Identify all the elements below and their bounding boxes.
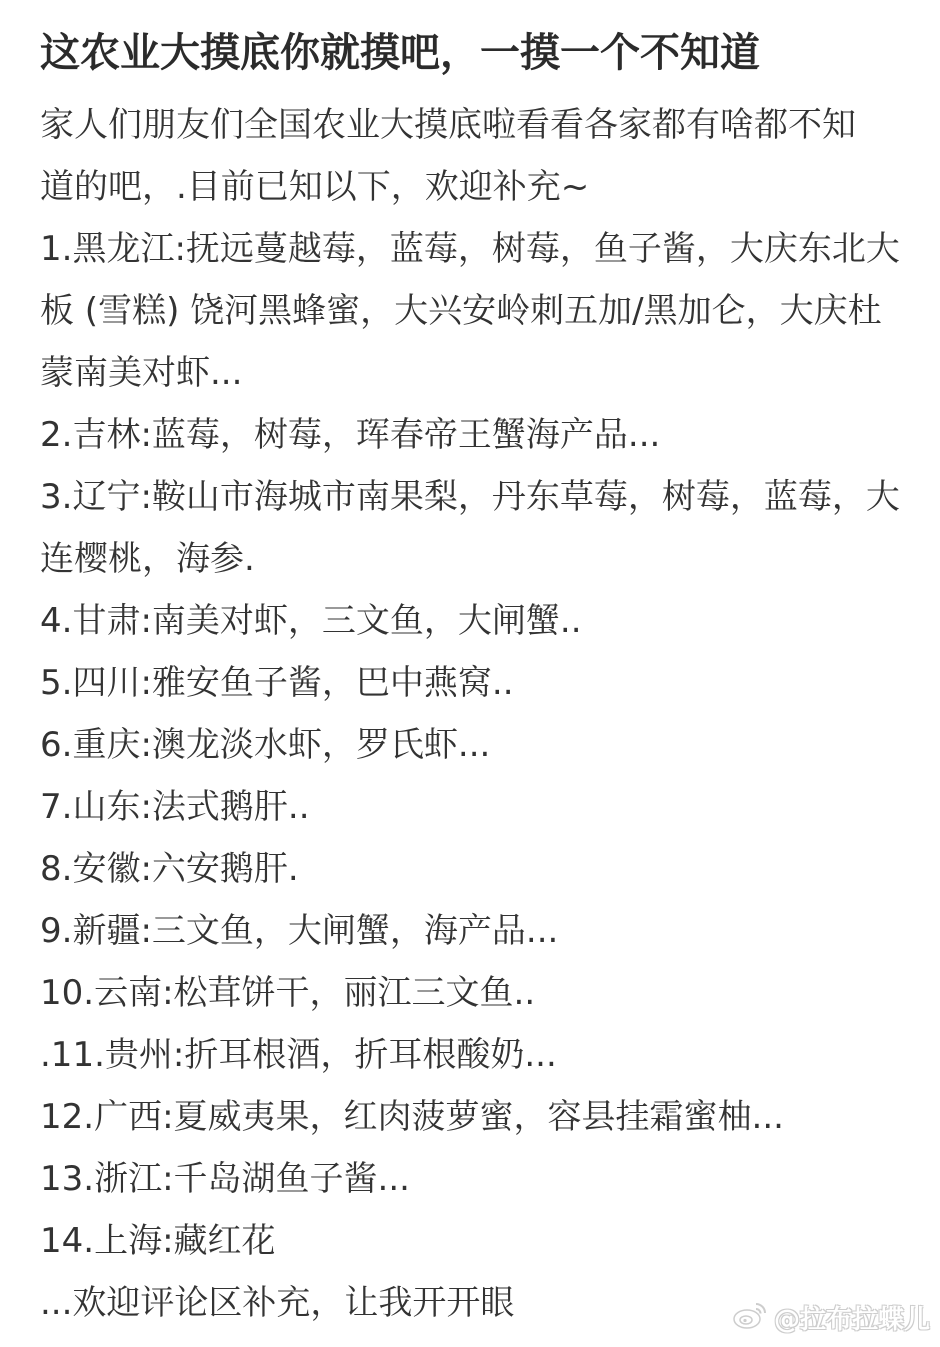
list-item-shandong: 7.山东:法式鹅肝.. (40, 776, 900, 838)
post-body: 家人们朋友们全国农业大摸底啦看看各家都有啥都不知道的吧，.目前已知以下，欢迎补充… (40, 94, 920, 1334)
list-item-chongqing: 6.重庆:澳龙淡水虾，罗氏虾... (40, 714, 900, 776)
list-item-shanghai: 14.上海:藏红花 (40, 1210, 900, 1272)
weibo-icon (732, 1298, 770, 1337)
list-item-zhejiang: 13.浙江:千岛湖鱼子酱... (40, 1148, 900, 1210)
list-item-yunnan: 10.云南:松茸饼干，丽江三文鱼.. (40, 962, 900, 1024)
region-product-list: 1.黑龙江:抚远蔓越莓，蓝莓，树莓，鱼子酱，大庆东北大板 (雪糕) 饶河黑蜂蜜，… (40, 218, 920, 1272)
list-item-sichuan: 5.四川:雅安鱼子酱，巴中燕窝.. (40, 652, 900, 714)
list-item-xinjiang: 9.新疆:三文鱼，大闸蟹，海产品... (40, 900, 900, 962)
post-title: 这农业大摸底你就摸吧，一摸一个不知道 (40, 0, 920, 82)
list-item-gansu: 4.甘肃:南美对虾，三文鱼，大闸蟹.. (40, 590, 900, 652)
list-item-jilin: 2.吉林:蓝莓，树莓，珲春帝王蟹海产品... (40, 404, 900, 466)
list-item-anhui: 8.安徽:六安鹅肝. (40, 838, 900, 900)
post: 这农业大摸底你就摸吧，一摸一个不知道 家人们朋友们全国农业大摸底啦看看各家都有啥… (40, 0, 920, 1334)
list-item-liaoning: 3.辽宁:鞍山市海城市南果梨，丹东草莓，树莓，蓝莓，大连樱桃，海参. (40, 466, 900, 590)
post-intro: 家人们朋友们全国农业大摸底啦看看各家都有啥都不知道的吧，.目前已知以下，欢迎补充… (40, 94, 880, 218)
list-item-guizhou: .11.贵州:折耳根酒，折耳根酸奶... (40, 1024, 900, 1086)
watermark: @拉布拉蝶儿 (732, 1298, 930, 1337)
watermark-handle: @拉布拉蝶儿 (774, 1299, 930, 1336)
list-item-heilongjiang: 1.黑龙江:抚远蔓越莓，蓝莓，树莓，鱼子酱，大庆东北大板 (雪糕) 饶河黑蜂蜜，… (40, 218, 900, 404)
list-item-guangxi: 12.广西:夏威夷果，红肉菠萝蜜，容县挂霜蜜柚... (40, 1086, 900, 1148)
